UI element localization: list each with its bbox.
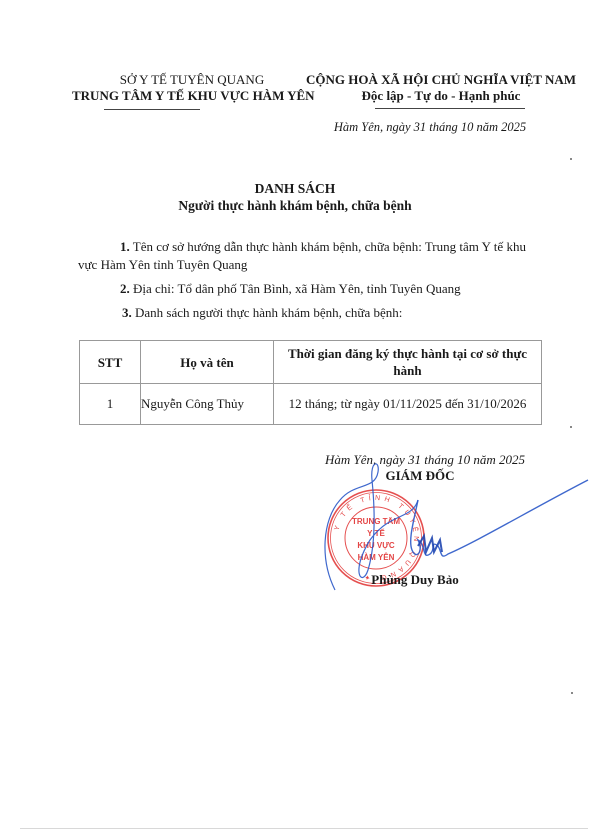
scan-speck — [570, 158, 572, 160]
parent-agency: SỞ Y TẾ TUYÊN QUANG — [72, 72, 312, 88]
cell-stt: 1 — [80, 384, 141, 425]
table-row: 1 Nguyễn Công Thủy 12 tháng; từ ngày 01/… — [80, 384, 542, 425]
cell-name: Nguyễn Công Thủy — [141, 384, 274, 425]
item-facility-name: 1. Tên cơ sở hướng dẫn thực hành khám bệ… — [78, 238, 538, 274]
document-date: Hàm Yên, ngày 31 tháng 10 năm 2025 — [290, 120, 570, 135]
signer-name: Phùng Duy Bảo — [350, 572, 480, 588]
item-text: Danh sách người thực hành khám bệnh, chữ… — [132, 305, 403, 320]
title-sub: Người thực hành khám bệnh, chữa bệnh — [150, 197, 440, 214]
item-text: Tên cơ sở hướng dẫn thực hành khám bệnh,… — [78, 239, 526, 272]
table-header-row: STT Họ và tên Thời gian đăng ký thực hàn… — [80, 341, 542, 384]
national-motto: CỘNG HOÀ XÃ HỘI CHỦ NGHĨA VIỆT NAM Độc l… — [296, 72, 586, 104]
item-number: 1. — [120, 239, 130, 254]
cell-period: 12 tháng; từ ngày 01/11/2025 đến 31/10/2… — [274, 384, 542, 425]
title-main: DANH SÁCH — [150, 180, 440, 197]
item-list-intro: 3. Danh sách người thực hành khám bệnh, … — [122, 304, 562, 322]
item-text: Địa chỉ: Tổ dân phố Tân Bình, xã Hàm Yên… — [130, 281, 461, 296]
header-stt: STT — [80, 341, 141, 384]
document-title: DANH SÁCH Người thực hành khám bệnh, chữ… — [150, 180, 440, 214]
header-period: Thời gian đăng ký thực hành tại cơ sở th… — [274, 341, 542, 384]
scan-speck — [571, 692, 573, 694]
motto: Độc lập - Tự do - Hạnh phúc — [296, 88, 586, 104]
item-number: 3. — [122, 305, 132, 320]
country-name: CỘNG HOÀ XÃ HỘI CHỦ NGHĨA VIỆT NAM — [296, 72, 586, 88]
header-name: Họ và tên — [141, 341, 274, 384]
motto-underline — [375, 108, 525, 109]
agency-name: TRUNG TÂM Y TẾ KHU VỰC HÀM YÊN — [72, 88, 312, 104]
agency-underline — [104, 109, 200, 110]
scan-speck — [570, 426, 572, 428]
issuing-agency: SỞ Y TẾ TUYÊN QUANG TRUNG TÂM Y TẾ KHU V… — [72, 72, 312, 104]
page-edge — [20, 828, 588, 829]
item-address: 2. Địa chỉ: Tổ dân phố Tân Bình, xã Hàm … — [120, 280, 560, 298]
item-number: 2. — [120, 281, 130, 296]
practitioner-table: STT Họ và tên Thời gian đăng ký thực hàn… — [79, 340, 542, 425]
